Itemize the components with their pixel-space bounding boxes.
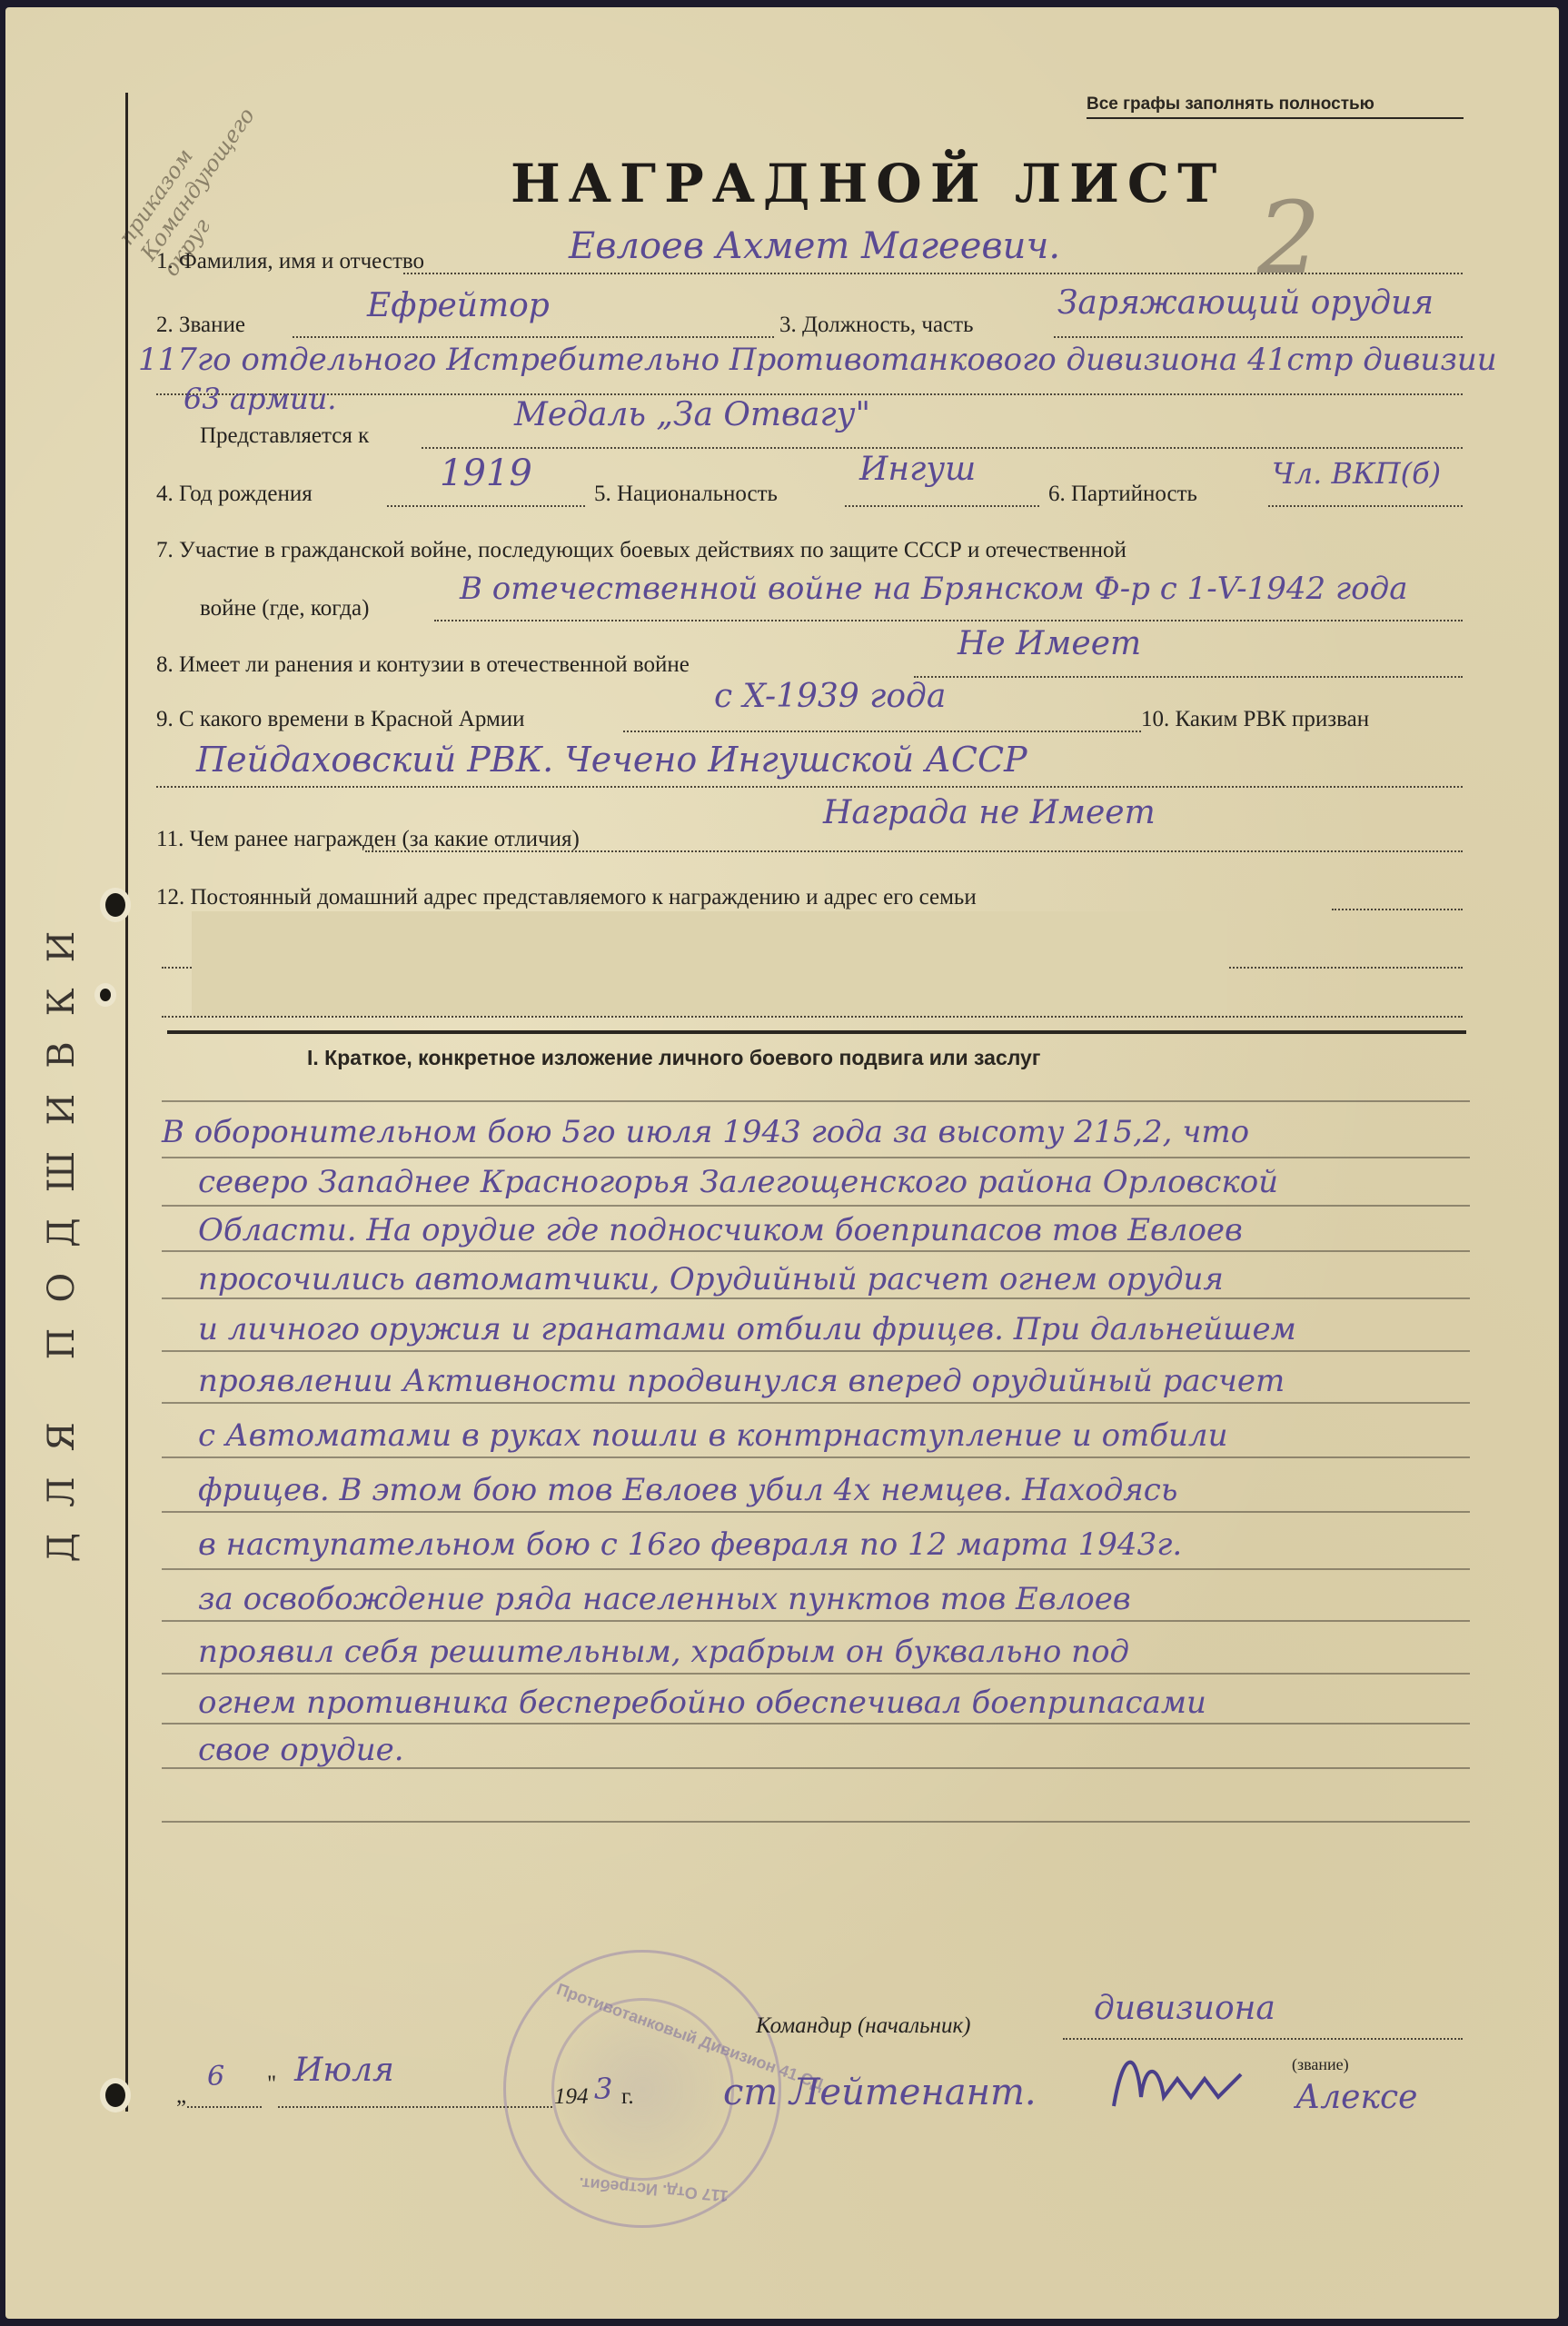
signature-scribble (1105, 2043, 1286, 2124)
unit-value-line2: 63 армии. (184, 382, 336, 416)
field-11-line (365, 850, 1463, 852)
field-7-label-line1: 7. Участие в гражданской войне, последую… (156, 538, 1126, 563)
date-year-printed: 194 (554, 2084, 589, 2110)
ruled-line (162, 1673, 1470, 1675)
ruled-line (162, 1350, 1470, 1352)
date-month-value: Июля (294, 2052, 394, 2089)
field-12-line (162, 1016, 1463, 1018)
page-title: НАГРАДНОЙ ЛИСТ (511, 153, 1225, 214)
ruled-line (162, 1297, 1470, 1299)
narrative-line: В оборонительном бою 5го июля 1943 года … (162, 1114, 1249, 1150)
narrative-line: свое орудие. (198, 1732, 404, 1768)
ruled-line (162, 1157, 1470, 1158)
punch-hole (100, 989, 111, 1001)
pencil-number: 2 (1257, 180, 1321, 296)
commander-label: Командир (начальник) (756, 2013, 970, 2039)
commander-signature: Алексе (1295, 2079, 1417, 2116)
date-suffix: г. (621, 2084, 634, 2110)
narrative-line: за освобождение ряда населенных пунктов … (198, 1581, 1131, 1617)
ruled-line (162, 1620, 1470, 1622)
field-10-value: Пейдаховский РВК. Чечено Ингушской АССР (196, 740, 1027, 780)
field-6-line (1268, 505, 1463, 507)
nominated-line (422, 447, 1463, 449)
rank-label: (звание) (1292, 2055, 1349, 2074)
field-3-label: 3. Должность, часть (779, 313, 974, 338)
field-3-value: Заряжающий орудия (1057, 284, 1434, 322)
ruled-line (162, 1568, 1470, 1570)
narrative-line: огнем противника бесперебойно обеспечива… (198, 1685, 1206, 1721)
narrative-line: и личного оружия и гранатами отбили фриц… (198, 1311, 1296, 1347)
field-5-label: 5. Национальность (594, 482, 778, 507)
field-4-value: 1919 (440, 452, 532, 494)
margin-pencil-note: приказом Командующего округ (113, 41, 315, 282)
redacted-address (192, 911, 1227, 1016)
date-month-line (278, 2106, 552, 2108)
unit-value-line1: 117го отдельного Истребительно Противота… (138, 342, 1497, 378)
narrative-line: с Автоматами в руках пошли в контрнаступ… (198, 1417, 1227, 1454)
ruled-line (162, 1456, 1470, 1458)
field-12-line (1332, 909, 1463, 910)
binding-margin-line (125, 93, 128, 2112)
section-1-title: I. Краткое, конкретное изложение личного… (307, 1046, 1040, 1070)
field-5-value: Ингуш (859, 451, 976, 488)
header-note-underline (1087, 117, 1464, 119)
field-2-label: 2. Звание (156, 313, 245, 338)
field-4-label: 4. Год рождения (156, 482, 313, 507)
field-9-line (623, 731, 1141, 732)
nominated-label: Представляется к (200, 423, 369, 449)
date-close-quote: " (267, 2072, 276, 2097)
document-page: приказом Командующего округ ДЛЯ ПОДШИВКИ… (5, 7, 1559, 2319)
narrative-line: северо Западнее Красногорья Залегощенско… (198, 1164, 1278, 1200)
field-8-line (914, 676, 1463, 678)
field-9-label: 9. С какого времени в Красной Армии (156, 707, 525, 732)
unit-line (156, 393, 1463, 395)
narrative-line: проявил себя решительным, храбрым он бук… (198, 1634, 1129, 1670)
date-open-quote: „ (176, 2083, 186, 2109)
date-year-hand: 3 (594, 2072, 612, 2106)
field-9-value: с X-1939 года (714, 678, 946, 715)
narrative-line: просочились автоматчики, Орудийный расче… (198, 1261, 1224, 1297)
rank-value: ст Лейтенант. (723, 2072, 1037, 2113)
field-11-label: 11. Чем ранее награжден (за какие отличи… (156, 827, 580, 852)
field-1-value: Евлоев Ахмет Магеевич. (569, 225, 1060, 267)
field-2-line (293, 336, 774, 338)
ruled-line (162, 1723, 1470, 1725)
date-day-value: 6 (207, 2061, 224, 2092)
field-5-line (845, 505, 1039, 507)
field-4-line (387, 505, 585, 507)
ruled-line (162, 1205, 1470, 1207)
date-day-line (187, 2106, 262, 2108)
header-note: Все графы заполнять полностью (1087, 94, 1374, 114)
commander-value: дивизиона (1094, 1990, 1275, 2027)
narrative-line: фрицев. В этом бою тов Евлоев убил 4х не… (198, 1472, 1177, 1508)
ruled-line (162, 1100, 1470, 1102)
binding-label: ДЛЯ ПОДШИВКИ (41, 906, 83, 1563)
narrative-line: проявлении Активности продвинулся вперед… (198, 1363, 1285, 1399)
field-12-label: 12. Постоянный домашний адрес представля… (156, 885, 977, 910)
field-1-line (403, 273, 1463, 274)
field-7-line (434, 620, 1463, 621)
ruled-line (162, 1402, 1470, 1404)
punch-hole (105, 2083, 125, 2107)
punch-hole (105, 893, 125, 917)
narrative-line: в наступательном бою с 16го февраля по 1… (198, 1526, 1182, 1563)
field-6-value: Чл. ВКП(б) (1272, 456, 1441, 491)
field-7-label-line2: войне (где, когда) (200, 596, 369, 621)
ruled-line (162, 1250, 1470, 1252)
field-11-value: Награда не Имеет (823, 794, 1156, 831)
field-10-line (156, 786, 1463, 788)
ruled-line (162, 1511, 1470, 1513)
section-divider (167, 1030, 1466, 1034)
field-8-value: Не Имеет (958, 625, 1141, 662)
nominated-value: Медаль „За Отвагу" (514, 396, 870, 433)
field-1-label: 1. Фамилия, имя и отчество (156, 249, 424, 274)
field-6-label: 6. Партийность (1048, 482, 1197, 507)
field-3-line (1054, 336, 1463, 338)
field-8-label: 8. Имеет ли ранения и контузии в отечест… (156, 652, 690, 678)
field-10-label: 10. Каким РВК призван (1141, 707, 1369, 732)
field-7-value: В отечественной войне на Брянском Ф-р с … (460, 571, 1407, 607)
field-2-value: Ефрейтор (367, 287, 550, 324)
narrative-line: Области. На орудие где подносчиком боепр… (198, 1212, 1243, 1248)
ruled-line (162, 1821, 1470, 1823)
commander-line (1063, 2038, 1463, 2040)
